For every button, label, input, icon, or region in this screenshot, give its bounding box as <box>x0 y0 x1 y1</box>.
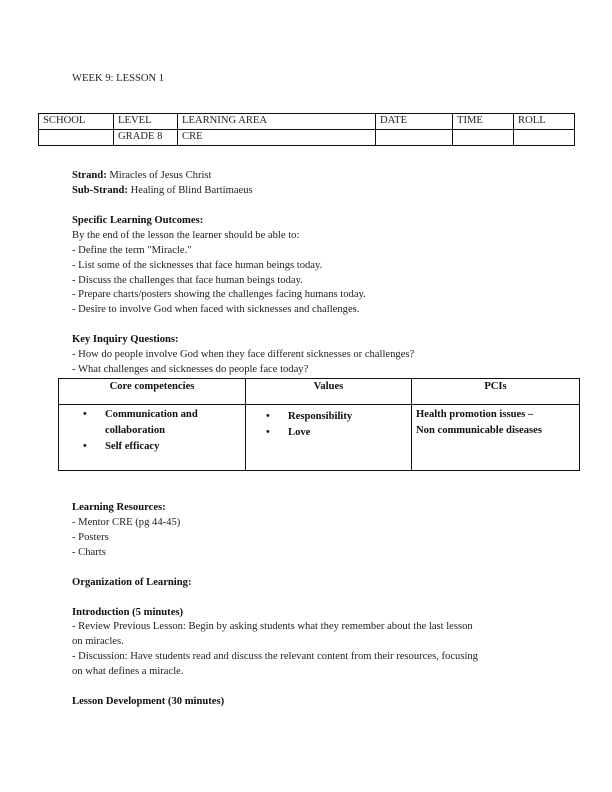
introduction-heading: Introduction (5 minutes) <box>72 606 183 619</box>
sub-strand-label: Sub-Strand: <box>72 185 128 196</box>
core-competencies-cell: Communication and collaboration Self eff… <box>59 405 246 471</box>
value-cell-learning-area: CRE <box>178 130 376 146</box>
outcomes-intro: By the end of the lesson the learner sho… <box>72 229 299 242</box>
value-cell-school <box>39 130 114 146</box>
resource-item: - Mentor CRE (pg 44-45) <box>72 516 180 529</box>
outcome-item: - Discuss the challenges that face human… <box>72 274 303 287</box>
sub-strand-value: Healing of Blind Bartimaeus <box>128 185 253 196</box>
header-values: Values <box>246 379 412 405</box>
strand-value: Miracles of Jesus Christ <box>107 170 212 181</box>
competencies-header-row: Core competencies Values PCIs <box>59 379 580 405</box>
inquiry-question: - How do people involve God when they fa… <box>72 348 414 361</box>
introduction-line: on what defines a miracle. <box>72 665 183 678</box>
competencies-table: Core competencies Values PCIs Communicat… <box>58 378 580 471</box>
introduction-line: on miracles. <box>72 635 124 648</box>
inquiry-heading: Key Inquiry Questions: <box>72 333 179 346</box>
core-competency-item: Self efficacy <box>83 439 241 455</box>
introduction-line: - Review Previous Lesson: Begin by askin… <box>72 620 473 633</box>
outcomes-heading: Specific Learning Outcomes: <box>72 214 203 227</box>
value-item: Love <box>266 425 407 441</box>
value-cell-level: GRADE 8 <box>114 130 178 146</box>
lesson-header-table: SCHOOL LEVEL LEARNING AREA DATE TIME ROL… <box>38 113 575 146</box>
resource-item: - Posters <box>72 531 109 544</box>
strand-label: Strand: <box>72 170 107 181</box>
week-lesson-title: WEEK 9: LESSON 1 <box>72 72 164 85</box>
pcis-cell: Health promotion issues – Non communicab… <box>412 405 580 471</box>
header-cell-time: TIME <box>453 114 514 130</box>
inquiry-question: - What challenges and sicknesses do peop… <box>72 363 308 376</box>
outcome-item: - Define the term "Miracle." <box>72 244 192 257</box>
header-cell-level: LEVEL <box>114 114 178 130</box>
outcome-item: - Prepare charts/posters showing the cha… <box>72 288 366 301</box>
organization-heading: Organization of Learning: <box>72 576 191 589</box>
sub-strand-line: Sub-Strand: Healing of Blind Bartimaeus <box>72 184 253 197</box>
values-cell: Responsibility Love <box>246 405 412 471</box>
resources-heading: Learning Resources: <box>72 501 166 514</box>
header-core-competencies: Core competencies <box>59 379 246 405</box>
value-cell-date <box>376 130 453 146</box>
header-table-value-row: GRADE 8 CRE <box>39 130 575 146</box>
outcome-item: - List some of the sicknesses that face … <box>72 259 322 272</box>
core-competency-item: Communication and collaboration <box>83 407 241 439</box>
outcome-item: - Desire to involve God when faced with … <box>72 303 359 316</box>
competencies-body-row: Communication and collaboration Self eff… <box>59 405 580 471</box>
header-cell-school: SCHOOL <box>39 114 114 130</box>
development-heading: Lesson Development (30 minutes) <box>72 695 224 708</box>
header-cell-date: DATE <box>376 114 453 130</box>
header-pcis: PCIs <box>412 379 580 405</box>
strand-line: Strand: Miracles of Jesus Christ <box>72 169 211 182</box>
introduction-line: - Discussion: Have students read and dis… <box>72 650 478 663</box>
header-table-column-row: SCHOOL LEVEL LEARNING AREA DATE TIME ROL… <box>39 114 575 130</box>
value-cell-roll <box>514 130 575 146</box>
header-cell-roll: ROLL <box>514 114 575 130</box>
value-item: Responsibility <box>266 409 407 425</box>
resource-item: - Charts <box>72 546 106 559</box>
header-cell-learning-area: LEARNING AREA <box>178 114 376 130</box>
value-cell-time <box>453 130 514 146</box>
pcis-text: Health promotion issues – Non communicab… <box>416 407 546 439</box>
